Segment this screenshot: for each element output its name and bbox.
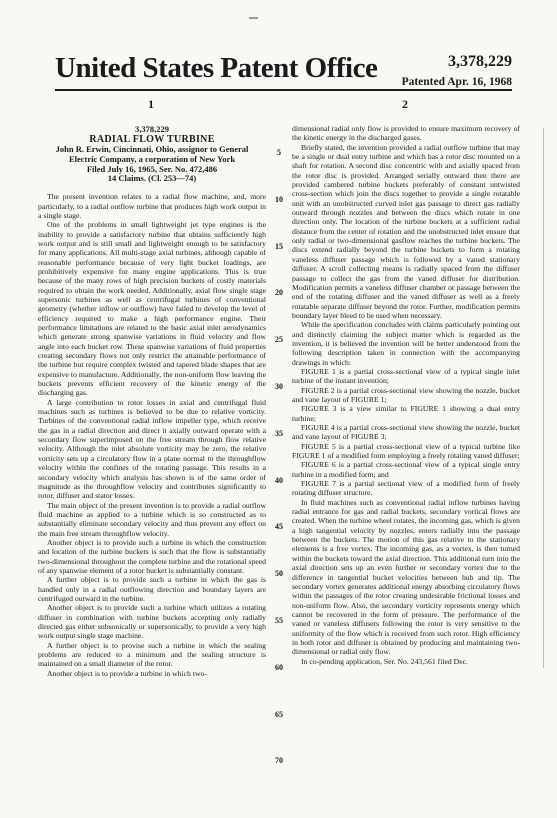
paragraph: In fluid machines such as conventional r…	[292, 498, 520, 657]
paragraph: FIGURE 4 is a partial cross-sectional vi…	[292, 423, 520, 442]
paragraph: FIGURE 2 is a partial cross-sectional vi…	[292, 386, 520, 405]
paragraph: A further object is to provise such a tu…	[38, 641, 266, 669]
page-header: United States Patent Office 3,378,229 Pa…	[55, 54, 512, 88]
paragraph: The main object of the present invention…	[38, 501, 266, 538]
office-title: United States Patent Office	[55, 54, 377, 83]
title-block: 3,378,229 RADIAL FLOW TURBINE John R. Er…	[38, 124, 266, 184]
line-number: 5	[266, 148, 292, 157]
paragraph: While the specification concludes with c…	[292, 320, 520, 367]
line-number: 25	[266, 335, 292, 344]
line-number: 15	[266, 242, 292, 251]
paragraph: FIGURE 7 is a partial sectional view of …	[292, 479, 520, 498]
paragraph: FIGURE 3 is a view similar to FIGURE 1 s…	[292, 404, 520, 423]
line-number: 20	[266, 288, 292, 297]
paragraph: Another object is to provide such a turb…	[38, 603, 266, 640]
line-number: 45	[266, 522, 292, 531]
paragraph: Briefly stated, the invention provided a…	[292, 143, 520, 321]
line-number: 40	[266, 476, 292, 485]
line-number: 10	[266, 195, 292, 204]
header-patent-number: 3,378,229	[402, 54, 512, 70]
paragraph: A large contribution to rotor losses in …	[38, 398, 266, 501]
claims-line: 14 Claims. (Cl. 253—74)	[38, 174, 266, 184]
scan-artifact-mark	[249, 17, 258, 19]
line-number: 35	[266, 429, 292, 438]
right-column: dimensional radial only flow is provided…	[292, 124, 520, 818]
line-number: 60	[266, 663, 292, 672]
left-column-text: The present invention relates to a radia…	[38, 192, 266, 678]
column-number-2: 2	[402, 97, 408, 112]
paragraph: FIGURE 5 is a partial cross-sectional vi…	[292, 442, 520, 461]
header-patented-date: Patented Apr. 16, 1968	[402, 76, 512, 88]
page-body: 3,378,229 RADIAL FLOW TURBINE John R. Er…	[38, 124, 520, 818]
paragraph: dimensional radial only flow is provided…	[292, 124, 520, 143]
line-number: 55	[266, 616, 292, 625]
header-right-block: 3,378,229 Patented Apr. 16, 1968	[402, 54, 512, 88]
header-rule	[55, 89, 512, 91]
line-number: 70	[266, 756, 292, 765]
line-number: 65	[266, 710, 292, 719]
paragraph: In co-pending application, Ser. No. 243,…	[292, 657, 520, 666]
paragraph: The present invention relates to a radia…	[38, 192, 266, 220]
patent-page: United States Patent Office 3,378,229 Pa…	[0, 0, 557, 818]
paragraph: FIGURE 1 is a partial cross-sectional vi…	[292, 367, 520, 386]
line-number-gutter: 510152025303540455055606570	[266, 124, 292, 818]
column-number-1: 1	[148, 97, 154, 112]
paragraph: Another object is to provide a turbine i…	[38, 669, 266, 678]
paragraph: One of the problems in small lightweight…	[38, 220, 266, 398]
paragraph: Another object is to provide such a turb…	[38, 538, 266, 575]
line-number: 30	[266, 382, 292, 391]
titleblock-patent-number: 3,378,229	[38, 124, 266, 134]
left-column: 3,378,229 RADIAL FLOW TURBINE John R. Er…	[38, 124, 266, 818]
line-number: 50	[266, 569, 292, 578]
paragraph: FIGURE 6 is a partial cross-sectional vi…	[292, 460, 520, 479]
scan-edge-line	[543, 128, 544, 668]
paragraph: A further object is to provide such a tu…	[38, 575, 266, 603]
